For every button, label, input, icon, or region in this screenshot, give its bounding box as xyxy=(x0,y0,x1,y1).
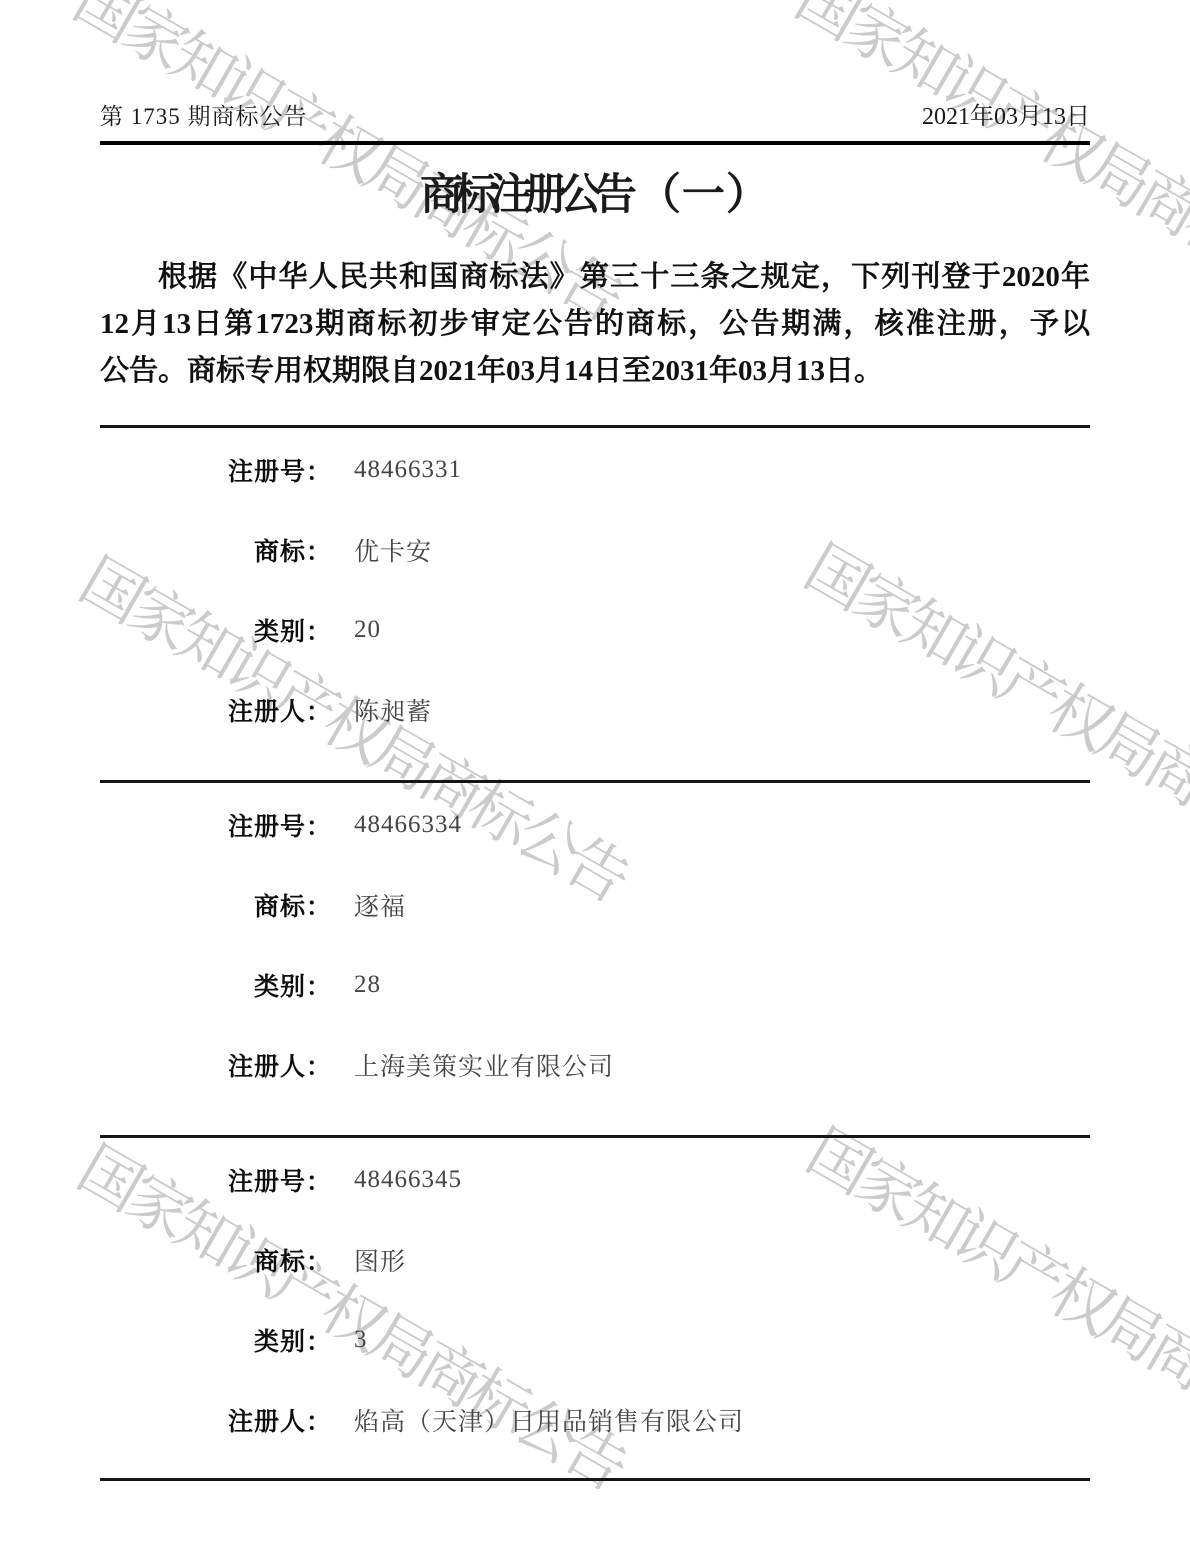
entry-row: 商标： 优卡安 xyxy=(100,510,1090,590)
paragraph-line: 12月13日第1723期商标初步审定公告的商标，公告期满，核准注册，予以 xyxy=(100,301,1090,348)
entry-row: 注册号： 48466345 xyxy=(100,1140,1090,1220)
header-issue: 第 1735 期商标公告 xyxy=(100,98,308,131)
reg-no-label: 注册号： xyxy=(100,452,332,488)
mark-value: 图形 xyxy=(332,1242,406,1278)
class-value: 20 xyxy=(332,616,381,644)
class-value: 3 xyxy=(332,1326,368,1354)
paragraph-line: 公告。商标专用权期限自2021年03月14日至2031年03月13日。 xyxy=(100,348,1090,395)
mark-label: 商标： xyxy=(100,1242,332,1278)
entry-row: 注册人： 上海美策实业有限公司 xyxy=(100,1025,1090,1105)
header-rule xyxy=(100,141,1090,145)
announcement-paragraph: 根据《中华人民共和国商标法》第三十三条之规定，下列刊登于2020年 12月13日… xyxy=(100,254,1090,395)
entry-row: 注册号： 48466334 xyxy=(100,785,1090,865)
document-page: 国家知识产权局商标公告 国家知识产权局商标公告 国家知识产权局商标公告 国家知识… xyxy=(0,0,1190,1564)
entry-row: 注册人： 焰高（天津）日用品销售有限公司 xyxy=(100,1380,1090,1460)
class-label: 类别： xyxy=(100,612,332,648)
class-label: 类别： xyxy=(100,967,332,1003)
registrant-value: 陈昶蓄 xyxy=(332,692,432,728)
mark-label: 商标： xyxy=(100,532,332,568)
header: 第 1735 期商标公告 2021年03月13日 xyxy=(100,96,1090,131)
trademark-entry: 注册号： 48466331 商标： 优卡安 类别： 20 注册人： 陈昶蓄 xyxy=(100,425,1090,750)
reg-no-value: 48466334 xyxy=(332,811,462,839)
registrant-label: 注册人： xyxy=(100,1047,332,1083)
page-title: 商 标 注 册 公 告（一） xyxy=(100,161,1090,222)
registrant-label: 注册人： xyxy=(100,692,332,728)
registrant-value: 上海美策实业有限公司 xyxy=(332,1047,614,1083)
entry-row: 类别： 28 xyxy=(100,945,1090,1025)
entry-row: 类别： 3 xyxy=(100,1300,1090,1380)
reg-no-value: 48466331 xyxy=(332,456,462,484)
entry-row: 类别： 20 xyxy=(100,590,1090,670)
entry-row: 商标： 图形 xyxy=(100,1220,1090,1300)
class-value: 28 xyxy=(332,971,381,999)
header-date: 2021年03月13日 xyxy=(922,96,1090,131)
mark-value: 优卡安 xyxy=(332,532,432,568)
trademark-entry: 注册号： 48466345 商标： 图形 类别： 3 注册人： 焰高（天津）日用… xyxy=(100,1135,1090,1460)
bottom-rule xyxy=(100,1478,1090,1481)
reg-no-value: 48466345 xyxy=(332,1166,462,1194)
mark-label: 商标： xyxy=(100,887,332,923)
trademark-entry: 注册号： 48466334 商标： 逐福 类别： 28 注册人： 上海美策实业有… xyxy=(100,780,1090,1105)
class-label: 类别： xyxy=(100,1322,332,1358)
page-content: 第 1735 期商标公告 2021年03月13日 商 标 注 册 公 告（一） … xyxy=(0,0,1190,1481)
entry-row: 商标： 逐福 xyxy=(100,865,1090,945)
registrant-value: 焰高（天津）日用品销售有限公司 xyxy=(332,1402,744,1438)
reg-no-label: 注册号： xyxy=(100,807,332,843)
mark-value: 逐福 xyxy=(332,887,406,923)
reg-no-label: 注册号： xyxy=(100,1162,332,1198)
entry-row: 注册人： 陈昶蓄 xyxy=(100,670,1090,750)
registrant-label: 注册人： xyxy=(100,1402,332,1438)
entry-row: 注册号： 48466331 xyxy=(100,430,1090,510)
paragraph-line: 根据《中华人民共和国商标法》第三十三条之规定，下列刊登于2020年 xyxy=(100,254,1090,301)
